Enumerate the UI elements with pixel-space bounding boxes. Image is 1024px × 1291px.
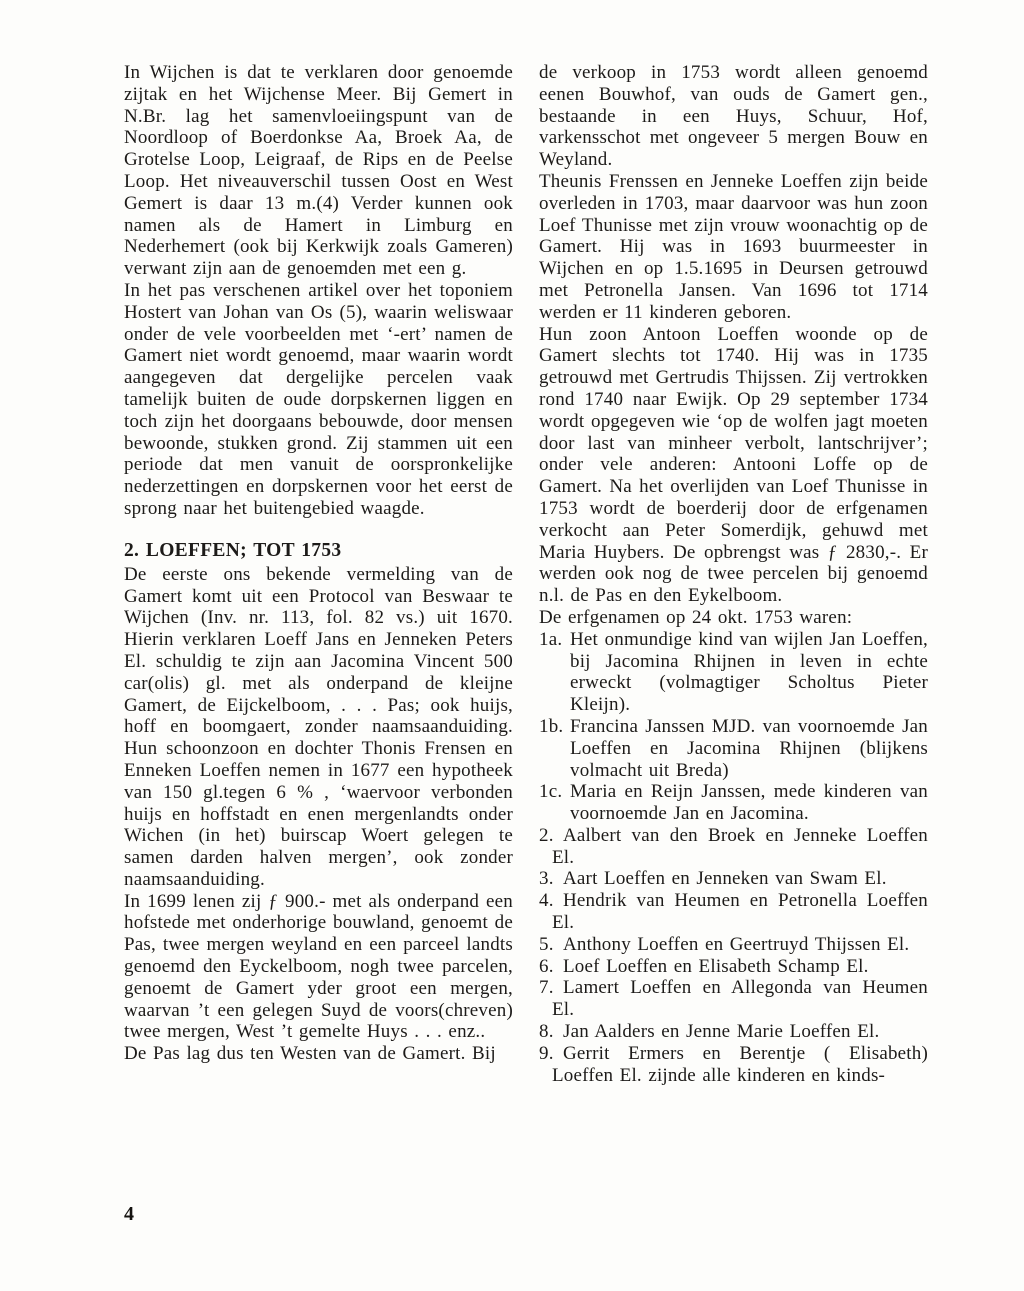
list-item-label: 4. [539, 890, 563, 912]
list-item-label: 9. [539, 1043, 563, 1065]
list-item-label: 1b. [539, 716, 570, 738]
paragraph: In het pas verschenen artikel over het t… [124, 280, 513, 520]
page-number: 4 [124, 1203, 134, 1226]
list-item-label: 2. [539, 825, 563, 847]
paragraph: In 1699 lenen zij ƒ 900.- met als onderp… [124, 891, 513, 1044]
list-item: 5.Anthony Loeffen en Geertruyd Thijssen … [539, 934, 928, 956]
list-item: 2.Aalbert van den Broek en Jenneke Loeff… [539, 825, 928, 869]
section-heading: 2. LOEFFEN; TOT 1753 [124, 539, 513, 562]
list-item: 9.Gerrit Ermers en Berentje ( Elisabeth)… [539, 1043, 928, 1087]
list-item: 1b.Francina Janssen MJD. van voornoemde … [539, 716, 928, 781]
list-item-text: Anthony Loeffen en Geertruyd Thijssen El… [563, 934, 909, 955]
list-item: 4.Hendrik van Heumen en Petronella Loeff… [539, 890, 928, 934]
list-item: 1a.Het onmundige kind van wijlen Jan Loe… [539, 629, 928, 716]
left-column: In Wijchen is dat te verklaren door geno… [124, 62, 513, 1086]
list-item-text: Francina Janssen MJD. van voornoemde Jan… [570, 716, 928, 781]
list-item-label: 6. [539, 956, 563, 978]
list-item: 6.Loef Loeffen en Elisabeth Schamp El. [539, 956, 928, 978]
paragraph: De eerste ons bekende vermelding van de … [124, 564, 513, 891]
right-column: de verkoop in 1753 wordt alleen genoemd … [539, 62, 928, 1086]
list-item: 7.Lamert Loeffen en Allegonda van Heumen… [539, 977, 928, 1021]
paragraph: De erfgenamen op 24 okt. 1753 waren: [539, 607, 928, 629]
list-item-label: 8. [539, 1021, 563, 1043]
list-item-text: Loef Loeffen en Elisabeth Schamp El. [563, 956, 869, 977]
list-item: 3.Aart Loeffen en Jenneken van Swam El. [539, 868, 928, 890]
list-item-text: Jan Aalders en Jenne Marie Loeffen El. [563, 1021, 879, 1042]
paragraph: De Pas lag dus ten Westen van de Gamert.… [124, 1043, 513, 1065]
paragraph: Hun zoon Antoon Loeffen woonde op de Gam… [539, 324, 928, 607]
list-item-label: 1c. [539, 781, 570, 803]
heirs-list: 1a.Het onmundige kind van wijlen Jan Loe… [539, 629, 928, 1087]
list-item-text: Gerrit Ermers en Berentje ( Elisabeth) L… [552, 1043, 928, 1086]
list-item: 1c.Maria en Reijn Janssen, mede kinderen… [539, 781, 928, 825]
text-columns: In Wijchen is dat te verklaren door geno… [124, 62, 928, 1086]
list-item-label: 1a. [539, 629, 570, 651]
paragraph: de verkoop in 1753 wordt alleen genoemd … [539, 62, 928, 171]
paragraph: In Wijchen is dat te verklaren door geno… [124, 62, 513, 280]
list-item-text: Hendrik van Heumen en Petronella Loeffen… [552, 890, 928, 933]
list-item-text: Lamert Loeffen en Allegonda van Heumen E… [552, 977, 928, 1020]
scanned-document-page: In Wijchen is dat te verklaren door geno… [0, 0, 1024, 1291]
paragraph: Theunis Frenssen en Jenneke Loeffen zijn… [539, 171, 928, 324]
list-item-label: 7. [539, 977, 563, 999]
list-item-text: Het onmundige kind van wijlen Jan Loeffe… [570, 629, 928, 715]
list-item-label: 3. [539, 868, 563, 890]
list-item-text: Maria en Reijn Janssen, mede kinderen va… [570, 781, 928, 824]
list-item-label: 5. [539, 934, 563, 956]
list-item-text: Aart Loeffen en Jenneken van Swam El. [563, 868, 887, 889]
list-item-text: Aalbert van den Broek en Jenneke Loeffen… [552, 825, 928, 868]
list-item: 8.Jan Aalders en Jenne Marie Loeffen El. [539, 1021, 928, 1043]
